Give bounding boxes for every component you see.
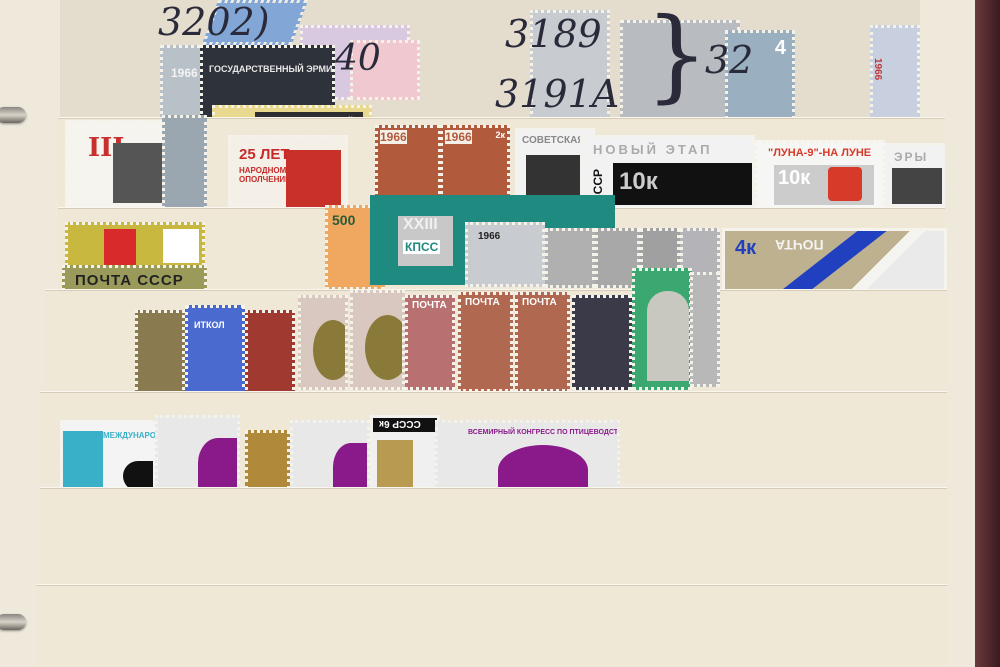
stamp-coin-1 [298,295,348,390]
album-strip-5-empty [40,488,947,584]
stamp-moscow-architecture: III [65,120,165,210]
stamp-bird-congress-3: ВСЕМИРНЫЙ КОНГРЕСС ПО ПТИЦЕВОДСТВУ [435,420,620,490]
handwritten-note-40: 40 [335,38,381,79]
album-page: 4 1966 1966 ГОСУДАРСТВЕННЫЙ ЭРМИТАЖ ГОСУ… [0,0,975,667]
stamp-copper-1966-2: 1966 2к [440,125,510,200]
stamp-hero-soviet-union [632,268,692,390]
stamp-pochta-portrait-1: ПОЧТА [405,295,455,390]
handwritten-note-32: 32 [705,38,753,82]
stamp-arch-red [245,310,295,395]
stamp-coin-2 [350,290,405,390]
stamp-ship-1 [545,228,595,288]
album-binding [975,0,1000,667]
handwritten-note-3191A: 3191A [495,72,619,116]
binder-ring-top [0,107,26,123]
stamp-top-right: 1966 [870,25,920,120]
stamp-pochta-portrait-3: ПОЧТА [515,292,570,392]
stamp-kransnodar-cliff [135,310,185,395]
album-strip-6-empty [36,585,947,667]
stamp-pochta-portrait-2: ПОЧТА [458,292,513,392]
stamp-era: ЭРЫ [885,143,945,208]
stamp-copper-1966-1: 1966 [375,125,441,200]
binder-ring-bottom [0,614,26,630]
stamp-grey-partial [690,272,720,387]
handwritten-brace: } [645,5,709,105]
stamp-pochta-vertical [572,295,632,390]
stamp-statue [162,115,207,215]
stamp-bird-congress-1 [155,415,240,490]
handwritten-note-3202: 3202) [158,0,270,44]
stamp-luna-9: "ЛУНА-9"-НА ЛУНЕ 10к [755,140,885,210]
stamp-oceanographic: МЕЖДУНАРОДНЫЙ ОКЕАНО... [60,420,160,490]
stamp-crystallographers: СССР 6к [370,415,440,490]
stamp-tower-1966: 1966 [465,222,545,287]
stamp-itkol: ИТКОЛ [185,305,245,395]
stamp-gold-pattern [245,430,290,490]
stamp-bird-congress-2 [290,420,370,490]
handwritten-note-3189: 3189 [505,12,602,56]
